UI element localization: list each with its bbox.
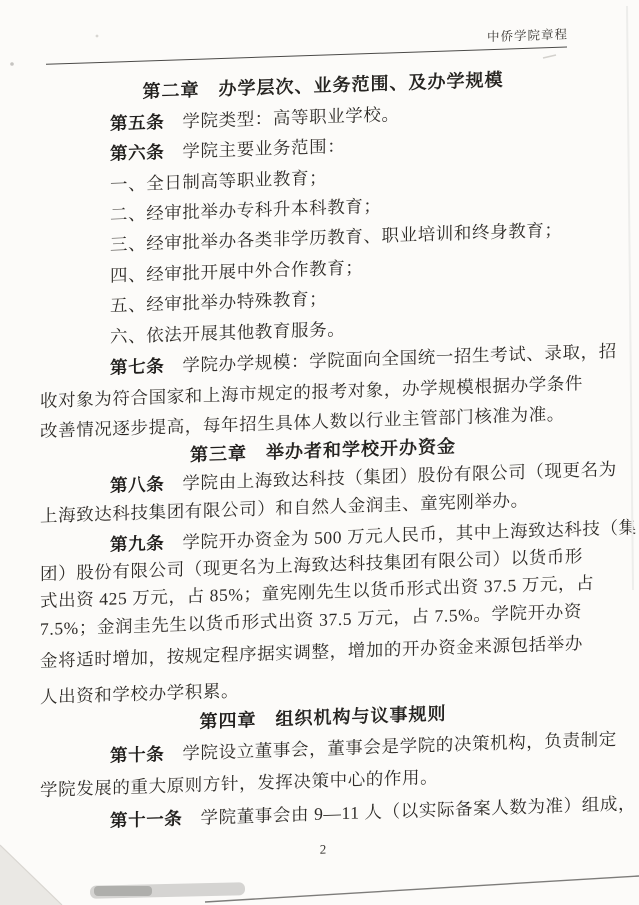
line-text: 五、经审批举办特殊教育；: [110, 288, 327, 315]
chapter-title-text: 办学层次、业务范围、及办学规模: [200, 70, 504, 100]
line-text: 二、经审批举办专科升本科教育；: [110, 196, 382, 225]
line-text: 学院发展的重大原则方针，发挥决策中心的作用。: [40, 767, 438, 800]
chapter-number: 第二章: [143, 80, 200, 102]
page-sheet: 中侨学院章程 第二章 办学层次、业务范围、及办学规模 第五条 学院类型：高等职业…: [0, 0, 639, 905]
scanned-page: 中侨学院章程 第二章 办学层次、业务范围、及办学规模 第五条 学院类型：高等职业…: [0, 0, 639, 905]
line-text: 学院设立董事会，董事会是学院的决策机构，负责制定: [164, 729, 617, 764]
line-text: 三、经审批举办各类非学历教育、职业培训和终身教育；: [110, 220, 563, 255]
line-text: 一、全日制高等职业教育；: [110, 167, 327, 194]
article-number: 第十条: [110, 744, 164, 766]
paragraph-line: 学院发展的重大原则方针，发挥决策中心的作用。: [40, 760, 606, 801]
line-text: 学院类型：高等职业学校。: [164, 104, 399, 132]
chapter-title-text: 举办者和学校开办资金: [247, 436, 456, 463]
article-number: 第十一条: [110, 808, 182, 830]
line-text: 学院董事会由 9—11 人（以实际备案人数为准）组成，: [182, 793, 636, 828]
running-header-title: 中侨学院章程: [487, 24, 568, 45]
line-text: 学院办学规模：学院面向全国统一招生考试、录取，招: [164, 341, 617, 376]
paragraph-line: 金将适时增加，按规定程序据实调整，增加的开办资金来源包括举办: [40, 631, 606, 672]
article-number: 第七条: [110, 356, 164, 378]
article-number: 第八条: [110, 474, 164, 496]
chapter-number: 第三章: [190, 443, 247, 465]
line-text: 学院主要业务范围：: [164, 136, 345, 162]
line-text: 人出资和学校办学积累。: [40, 680, 239, 707]
page-number: 2: [40, 832, 606, 867]
line-text: 四、经审批开展中外合作教育；: [110, 257, 363, 285]
article-number: 第九条: [110, 533, 164, 555]
article-number: 第六条: [110, 142, 164, 164]
line-text: 六、依法开展其他教育服务。: [110, 319, 345, 347]
chapter-number: 第四章: [200, 710, 257, 732]
article-number: 第五条: [110, 112, 164, 134]
chapter-title-text: 组织机构与议事规则: [257, 704, 447, 730]
header-rule: [46, 47, 567, 66]
line-text: 金将适时增加，按规定程序据实调整，增加的开办资金来源包括举办: [40, 633, 583, 671]
